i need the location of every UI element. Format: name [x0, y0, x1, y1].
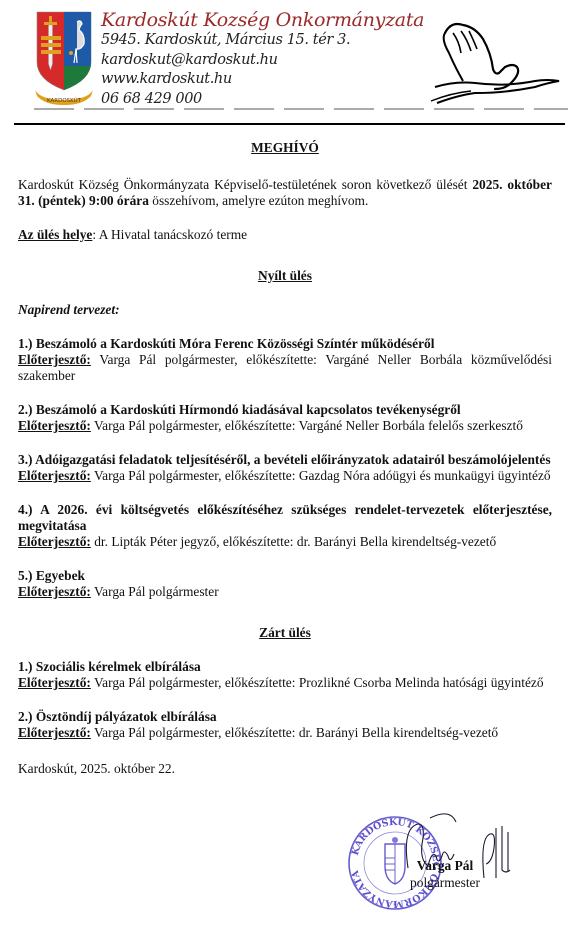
closed-agenda-item: 1.) Szociális kérelmek elbírálása Előter… — [18, 659, 552, 691]
coat-of-arms-icon: KARDOSKÚT — [33, 10, 95, 106]
agenda-item-title: 5.) Egyebek — [18, 568, 552, 584]
presenter-text: Varga Pál polgármester, előkészítette: V… — [18, 352, 552, 383]
presenter-label: Előterjesztő: — [18, 468, 91, 483]
agenda-item-title: 2.) Beszámoló a Kardoskúti Hírmondó kiad… — [18, 402, 552, 418]
signer-title: polgármester — [405, 874, 485, 891]
presenter-text: dr. Lipták Péter jegyző, előkészítette: … — [91, 534, 496, 549]
invitation-title: MEGHÍVÓ — [18, 140, 552, 156]
presenter-label: Előterjesztő: — [18, 675, 91, 690]
signer-block: Varga Pál polgármester — [405, 857, 485, 891]
org-address: 5945. Kardoskút, Március 15. tér 3. — [101, 31, 424, 51]
agenda-item-title: 1.) Szociális kérelmek elbírálása — [18, 659, 552, 675]
signer-name: Varga Pál — [405, 857, 485, 874]
org-email[interactable]: kardoskut@kardoskut.hu — [101, 51, 424, 71]
agenda-item-title: 2.) Ösztöndíj pályázatok elbírálása — [18, 709, 552, 725]
org-name: Kardoskút Kozség Onkormányzata — [101, 9, 424, 31]
stork-logo-icon — [425, 15, 565, 107]
presenter-text: Varga Pál polgármester, előkészítette: V… — [91, 418, 523, 433]
presenter-text: Varga Pál polgármester, előkészítette: d… — [91, 725, 498, 740]
presenter-label: Előterjesztő: — [18, 584, 91, 599]
open-session-title: Nyílt ülés — [18, 268, 552, 284]
venue-label: Az ülés helye — [18, 227, 92, 242]
open-agenda-item: 3.) Adóigazgatási feladatok teljesítésér… — [18, 452, 552, 484]
venue-value: : A Hivatal tanácskozó terme — [92, 227, 247, 242]
place-and-date: Kardoskút, 2025. október 22. — [18, 761, 552, 777]
agenda-item-title: 3.) Adóigazgatási feladatok teljesítésér… — [18, 452, 552, 468]
open-agenda-item: 4.) A 2026. évi költségvetés előkészítés… — [18, 502, 552, 550]
svg-text:KARDOSKÚT: KARDOSKÚT — [47, 97, 82, 104]
intro-text-end: összehívom, amelyre ezúton meghívom. — [149, 193, 368, 208]
agenda-label: Napirend tervezet: — [18, 302, 552, 318]
org-contact-block: Kardoskút Kozség Onkormányzata 5945. Kar… — [101, 9, 424, 109]
venue-line: Az ülés helye: A Hivatal tanácskozó term… — [18, 227, 552, 243]
header-divider — [14, 123, 565, 125]
open-agenda-item: 1.) Beszámoló a Kardoskúti Móra Ferenc K… — [18, 336, 552, 384]
agenda-item-title: 4.) A 2026. évi költségvetés előkészítés… — [18, 502, 552, 534]
letterhead: KARDOSKÚT Kardoskút Kozség Onkormányzata… — [0, 0, 574, 130]
invitation-document: MEGHÍVÓ Kardoskút Község Önkormányzata K… — [18, 138, 552, 777]
open-agenda-item: 5.) Egyebek Előterjesztő: Varga Pál polg… — [18, 568, 552, 600]
presenter-label: Előterjesztő: — [18, 534, 91, 549]
presenter-text: Varga Pál polgármester — [91, 584, 219, 599]
intro-text: Kardoskút Község Önkormányzata Képviselő… — [18, 177, 472, 192]
invitation-intro: Kardoskút Község Önkormányzata Képviselő… — [18, 177, 552, 209]
open-agenda-item: 2.) Beszámoló a Kardoskúti Hírmondó kiad… — [18, 402, 552, 434]
agenda-item-title: 1.) Beszámoló a Kardoskúti Móra Ferenc K… — [18, 336, 552, 352]
dashed-divider — [34, 108, 568, 110]
presenter-label: Előterjesztő: — [18, 725, 91, 740]
closed-session-title: Zárt ülés — [18, 625, 552, 641]
svg-text:*: * — [393, 902, 397, 910]
org-website[interactable]: www.kardoskut.hu — [101, 70, 424, 90]
presenter-text: Varga Pál polgármester, előkészítette: G… — [91, 468, 551, 483]
closed-agenda-item: 2.) Ösztöndíj pályázatok elbírálása Előt… — [18, 709, 552, 741]
presenter-text: Varga Pál polgármester, előkészítette: P… — [91, 675, 544, 690]
org-phone: 06 68 429 000 — [101, 90, 424, 110]
presenter-label: Előterjesztő: — [18, 352, 91, 367]
presenter-label: Előterjesztő: — [18, 418, 91, 433]
